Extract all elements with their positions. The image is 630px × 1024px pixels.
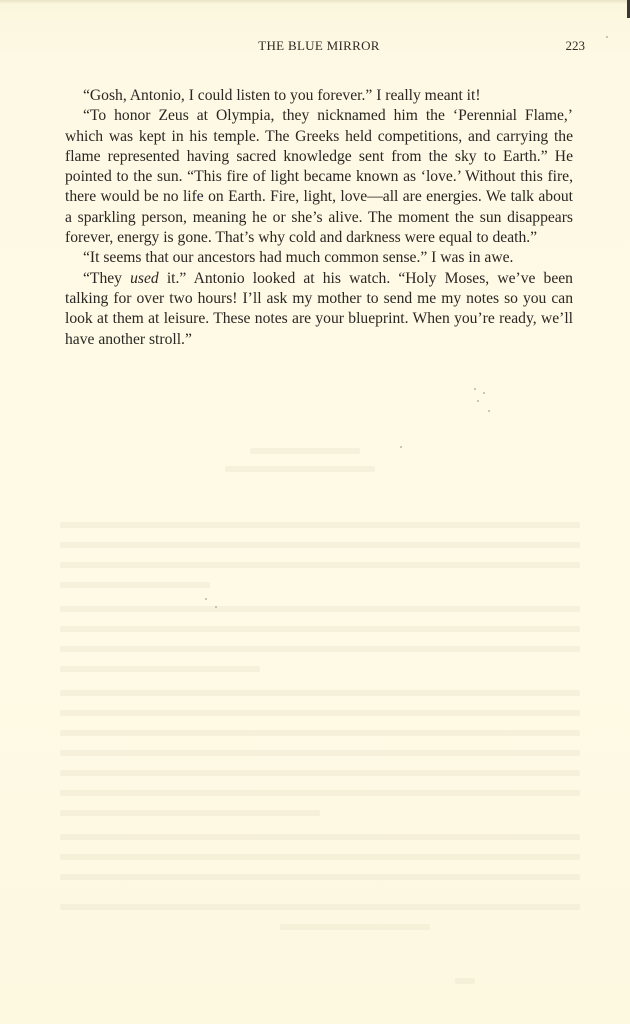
bleed-line [60, 646, 580, 652]
paragraph-text: “To honor Zeus at Olympia, they nickname… [65, 107, 573, 246]
bleed-line [60, 582, 210, 588]
body-text: “Gosh, Antonio, I could listen to you fo… [65, 86, 573, 350]
bleed-line [60, 522, 580, 528]
bleed-line [60, 770, 580, 776]
bleed-line [60, 904, 580, 910]
ink-speck [197, 196, 199, 198]
bleed-line [60, 542, 580, 548]
emphasis-text: used [130, 270, 159, 287]
bleed-line [60, 666, 260, 672]
paragraph-text: “Gosh, Antonio, I could listen to you fo… [83, 87, 481, 104]
bleed-line [60, 750, 580, 756]
ink-speck [215, 606, 217, 608]
scan-top-edge [0, 0, 630, 4]
ink-speck [474, 388, 476, 390]
paragraph: “They used it.” Antonio looked at his wa… [65, 269, 573, 350]
bleed-line [455, 978, 475, 984]
page-number: 223 [566, 36, 586, 56]
ink-speck [205, 598, 207, 600]
bleed-line [60, 690, 580, 696]
bleed-line [225, 466, 375, 472]
bleed-line [60, 606, 580, 612]
bleed-line [280, 924, 430, 930]
bleed-line [60, 730, 580, 736]
ink-speck [400, 446, 402, 448]
bleed-line [60, 834, 580, 840]
paragraph: “Gosh, Antonio, I could listen to you fo… [65, 86, 573, 106]
paragraph-text: “It seems that our ancestors had much co… [83, 249, 513, 266]
bleed-line [60, 854, 580, 860]
running-head: THE BLUE MIRROR 223 [65, 36, 573, 56]
paragraph-text: “They [83, 270, 130, 287]
ink-speck [606, 36, 608, 38]
bleed-line [60, 790, 580, 796]
ink-speck [488, 410, 490, 412]
bleed-line [60, 562, 580, 568]
bleed-line [60, 874, 580, 880]
ink-speck [477, 400, 479, 402]
bleed-line [60, 626, 580, 632]
bleed-line [60, 810, 320, 816]
running-title: THE BLUE MIRROR [65, 36, 573, 56]
paragraph: “To honor Zeus at Olympia, they nickname… [65, 106, 573, 248]
book-page: THE BLUE MIRROR 223 “Gosh, Antonio, I co… [0, 0, 630, 1024]
paragraph: “It seems that our ancestors had much co… [65, 248, 573, 268]
bleed-line [250, 448, 360, 454]
bleed-line [60, 710, 580, 716]
ink-speck [483, 392, 485, 394]
